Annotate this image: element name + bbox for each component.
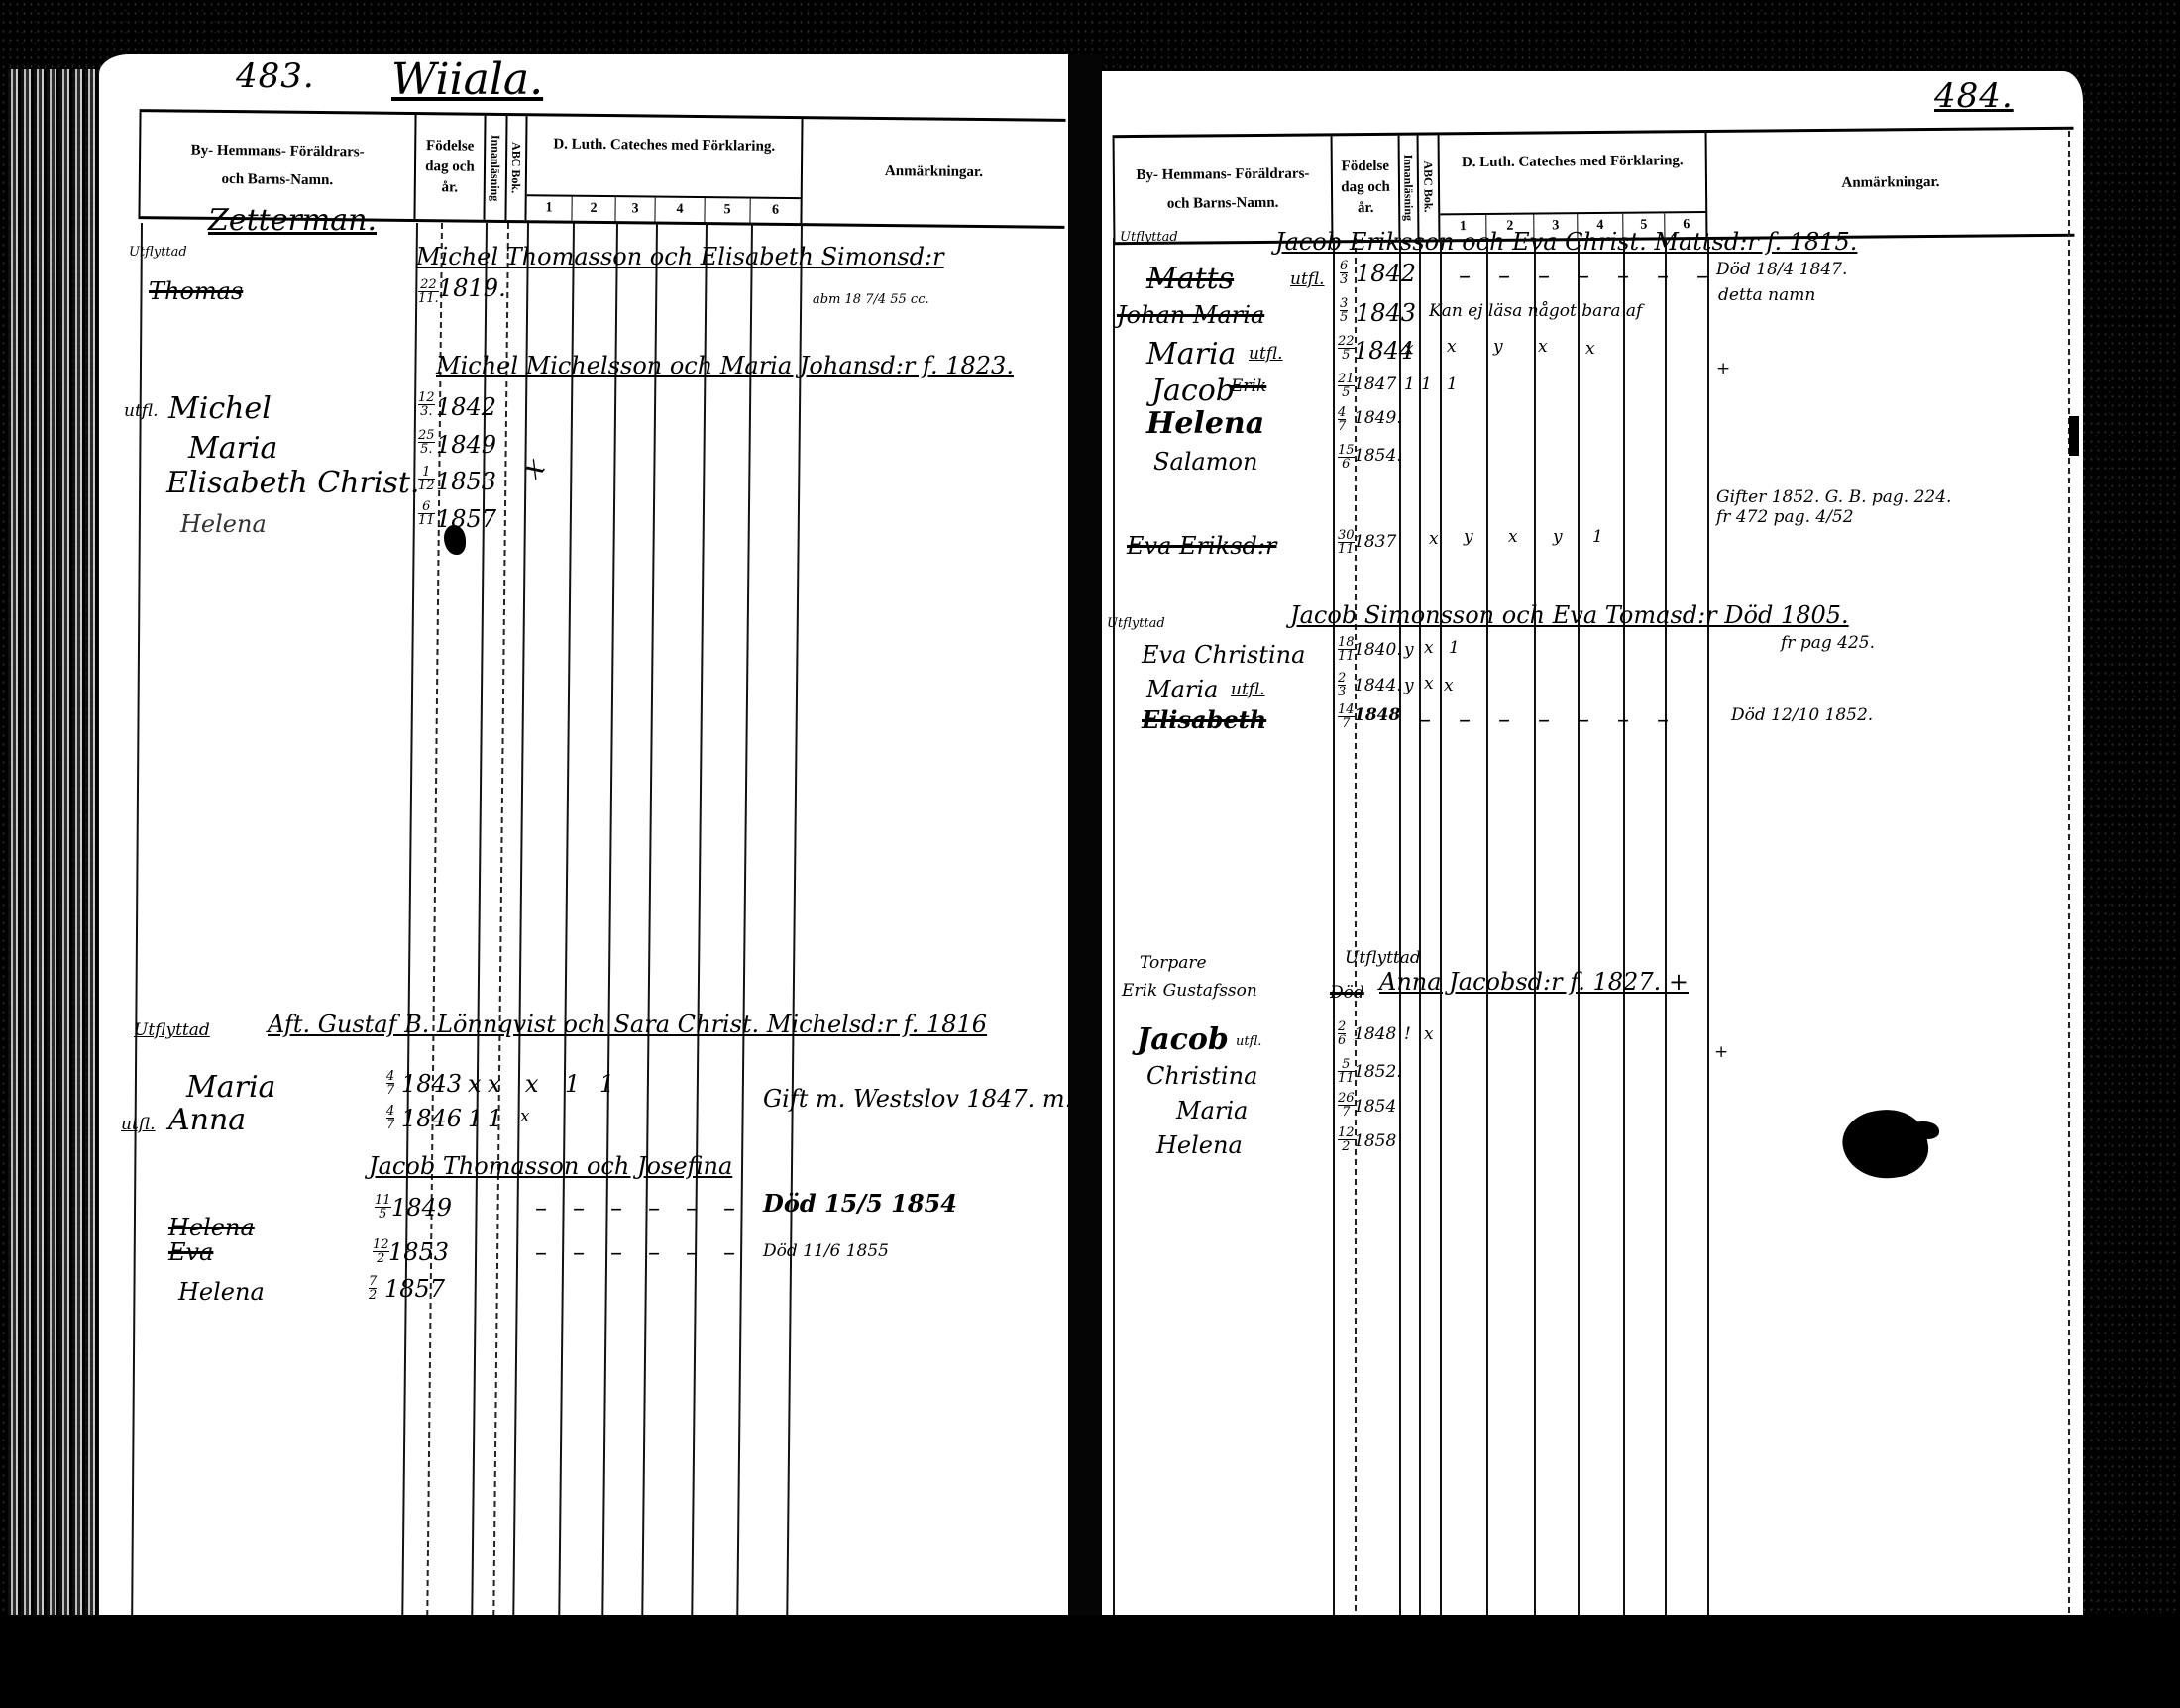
birth-date: 63 [1340, 260, 1348, 286]
page-edge-mark [2069, 416, 2079, 456]
right-page: 484. By- Hemmans- Föräldrars-och Barns-N… [1102, 71, 2083, 1622]
child-name: Helena [1156, 1131, 1243, 1159]
child-name: Michel [168, 391, 272, 426]
crossed-child-name: Eva [168, 1238, 213, 1266]
child-suffix: utfl. [1249, 344, 1283, 364]
crossed-child-name: Elisabeth [1142, 705, 1266, 734]
rule-name-end [401, 223, 418, 1620]
birth-year: 1842 [436, 393, 496, 421]
crossed-word: Död [1330, 983, 1364, 1003]
birth-year: 1849. [1354, 408, 1402, 428]
surname-zetterman: Zetterman. [208, 203, 377, 238]
cat-mark: 1 [1449, 638, 1460, 658]
child-name: Helena [178, 1278, 265, 1306]
child-name: Anna [168, 1103, 246, 1137]
rule-abc [512, 223, 529, 1620]
birth-year: 1847 [1354, 374, 1396, 394]
parents-line: Anna Jacobsd:r f. 1827. + [1379, 968, 1689, 996]
book-page-edges [8, 69, 107, 1625]
cat-mark: x [1424, 674, 1434, 694]
cat-mark: x [525, 1070, 539, 1098]
birth-year: 1852. [1354, 1062, 1402, 1082]
remark: Död 12/10 1852. [1731, 705, 1873, 725]
remark: + [1716, 359, 1730, 378]
cat-mark: 1 [488, 1105, 502, 1132]
cat-mark: 1 [565, 1070, 580, 1098]
header-remarks-col: Anmärkningar. [1707, 130, 2075, 237]
birth-date: 215 [1338, 373, 1355, 399]
rule-left-border [131, 223, 143, 1620]
rule-cat6 [1707, 238, 1709, 1620]
margin-note: Utflyttad [129, 245, 187, 260]
parents-line: Michel Thomasson och Elisabeth Simonsd:r [416, 243, 944, 270]
margin-note: Utflyttad [1345, 948, 1421, 968]
birth-year: 1849 [391, 1194, 452, 1222]
birth-year: 1837 [1354, 532, 1396, 552]
cat-mark: x [1585, 339, 1595, 359]
birth-date: 147 [1338, 703, 1355, 730]
rule-cat4 [1623, 238, 1625, 1620]
cat-mark: x [1508, 527, 1518, 547]
birth-year: 1843 [401, 1070, 462, 1098]
birth-year: 1844. [1354, 676, 1402, 695]
child-name: Jacob [1137, 1022, 1229, 1057]
rule-name-end [1333, 238, 1335, 1620]
cat-mark: 1 [599, 1070, 614, 1098]
ink-blot [1838, 1103, 1933, 1186]
parents-line: Michel Michelsson och Maria Johansd:r f.… [436, 352, 1014, 379]
cat-col-1: 1 [526, 196, 572, 220]
parents-line: Jacob Simonsson och Eva Tomasd:r Död 180… [1290, 601, 1849, 629]
birth-year: 1846 [401, 1105, 462, 1132]
rule-cat2 [601, 223, 618, 1620]
birth-year: 1849 [436, 431, 496, 459]
remark: + [1714, 1042, 1728, 1062]
remark: fr 472 pag. 4/52 [1716, 507, 1854, 527]
birth-year: 1854 [1354, 1097, 1396, 1117]
book-gutter [1068, 54, 1102, 1630]
crossed-name: Thomas [149, 277, 243, 305]
birth-date: 47 [386, 1105, 394, 1131]
margin-note: Utflyttad [1120, 230, 1178, 245]
cat-mark: 1 [1404, 374, 1415, 394]
cat-mark: 1 [1592, 527, 1603, 547]
crossed-child-name: Eva Eriksd:r [1127, 532, 1276, 560]
scan-bottom-shadow [0, 1615, 2180, 1708]
child-name: Helena [180, 510, 267, 538]
dash-marks: –––––– [535, 1238, 761, 1266]
crossed-child-name: Helena [168, 1214, 255, 1241]
village-title: Wiiala. [391, 54, 543, 105]
cat-mark: 1 [1447, 374, 1458, 394]
cat-mark: x [1424, 1024, 1434, 1044]
cat-mark: x [1447, 337, 1457, 357]
birth-date: 115 [375, 1194, 391, 1221]
rule-cat3 [641, 223, 658, 1620]
birth-year: 1840. [1354, 640, 1402, 660]
catechism-subcolumns: 1 2 3 4 5 6 [526, 194, 800, 223]
birth-date: 123. [418, 391, 435, 418]
child-name: Jacob [1151, 374, 1235, 408]
margin-note: Utflyttad [134, 1020, 210, 1040]
remark: Gift m. Westslov 1847. m. 6 [763, 1085, 1068, 1113]
header-birth-col: Födelsedag ochår. [1333, 136, 1401, 241]
birth-date: 122 [1338, 1126, 1355, 1153]
rule-cat4 [691, 223, 708, 1620]
cat-mark: x [1444, 676, 1454, 695]
dash-marks: ––––––– [1419, 705, 1696, 733]
header-abc-col: ABC Bok. [1419, 135, 1441, 239]
header-catechism-col: D. Luth. Cateches med Förklaring. 1 2 3 … [526, 116, 803, 223]
header-name-col: By- Hemmans- Föräldrars-och Barns-Namn. [1113, 136, 1334, 242]
crossed-child-name: Johan Maria [1117, 301, 1264, 329]
cat-col-3: 3 [615, 197, 655, 221]
cat-mark: y [1553, 527, 1563, 547]
child-name: Maria [1176, 1097, 1248, 1124]
dash-marks: –––––– [535, 1194, 761, 1222]
head-name: Erik Gustafsson [1122, 981, 1257, 1001]
birth-date: 35 [1340, 297, 1348, 324]
cat-mark: x [1404, 339, 1414, 359]
remark: abm 18 7/4 55 cc. [813, 292, 929, 307]
birth-date: 267 [1338, 1092, 1355, 1119]
cat-mark: x [1429, 529, 1439, 549]
birth-date: 23 [1338, 672, 1346, 698]
header-reading-col: Innanläsning [485, 116, 507, 220]
occupation: Torpare [1140, 953, 1207, 973]
left-page: 483. Wiiala. By- Hemmans- Föräldrars-och… [99, 54, 1068, 1620]
rule-reading [1419, 238, 1421, 1620]
parents-line: Jacob Eriksson och Eva Christ. Mattsd:r … [1275, 228, 1857, 256]
birth-year: 1848 [1354, 1024, 1396, 1044]
child-suffix: utfl. [1236, 1034, 1261, 1049]
rule-cat6 [786, 223, 803, 1620]
birth-date: 122 [373, 1238, 389, 1265]
child-name: Eva Christina [1142, 641, 1305, 669]
child-suffix: utfl. [1290, 269, 1325, 289]
cat-col-2: 2 [572, 197, 615, 221]
birth-year: 1853 [388, 1238, 449, 1266]
rule-cat3 [1578, 238, 1580, 1620]
child-prefix: utfl. [121, 1115, 156, 1134]
remark: Död 18/4 1847. [1716, 260, 1847, 279]
cat-mark: x [1538, 337, 1548, 357]
child-name: Helena [1146, 406, 1264, 441]
birth-date: 72 [369, 1275, 377, 1302]
child-suffix: utfl. [1231, 680, 1265, 699]
cat-mark: x [468, 1070, 482, 1098]
page-number-left: 483. [236, 56, 315, 96]
rule-right-edge [2068, 131, 2070, 1617]
cat-mark: x [488, 1070, 501, 1098]
note-line: Jacob Thomasson och Josefina [369, 1152, 732, 1180]
header-catechism-col: D. Luth. Cateches med Förklaring. 1 2 3 … [1440, 133, 1708, 239]
note: Kan ej läsa något bara af [1429, 301, 1642, 321]
birth-year: 1857 [384, 1275, 445, 1303]
birth-year: 1858 [1354, 1131, 1396, 1151]
header-abc-col: ABC Bok. [506, 116, 527, 220]
child-name: Maria [1146, 337, 1236, 372]
birth-date: 47 [1338, 406, 1346, 433]
cat-mark: y [1404, 676, 1414, 695]
rule-cat5 [736, 223, 753, 1620]
cat-mark: y [1404, 640, 1414, 660]
cat-col-6: 6 [750, 199, 800, 224]
cat-mark: x [520, 1107, 530, 1126]
child-name: Maria [1146, 676, 1218, 703]
birth-year: 1848 [1354, 705, 1400, 725]
cat-col-5: 5 [705, 198, 750, 222]
ink-blot [444, 525, 466, 555]
birth-date: 511 [1338, 1058, 1355, 1085]
child-name: Elisabeth Christ. [166, 466, 419, 500]
child-prefix: utfl. [124, 401, 159, 421]
rule-left-border [1113, 238, 1115, 1620]
birth-year: 1853 [436, 468, 496, 495]
cat-mark: 1 [1421, 374, 1432, 394]
birth-date: 3011 [1338, 529, 1355, 556]
page-number-right: 484. [1934, 76, 2014, 116]
remark: detta namn [1718, 285, 1815, 305]
parents-line: Aft. Gustaf B. Lönnqvist och Sara Christ… [268, 1011, 987, 1038]
birth-date: 156 [1338, 444, 1355, 471]
cat-mark: 1 [468, 1105, 483, 1132]
birth-date: 112 [418, 466, 435, 492]
child-name: Christina [1146, 1062, 1257, 1090]
header-reading-col: Innanläsning [1400, 136, 1420, 240]
birth-year: 1854. [1354, 446, 1402, 466]
child-name: Maria [186, 1070, 275, 1105]
birth-year: 1842 [1356, 260, 1416, 287]
remark: fr pag 425. [1781, 633, 1875, 653]
birth-date: 47 [386, 1070, 394, 1097]
birth-date: 225 [1338, 335, 1355, 362]
birth-date: 611 [418, 500, 435, 527]
birth-year: 1819. [438, 274, 506, 302]
cat-mark: x [515, 451, 553, 485]
rule-cat2 [1534, 238, 1536, 1620]
crossed-part: Erik [1231, 376, 1266, 396]
cat-mark: y [1493, 337, 1503, 357]
birth-date: 2211. [418, 278, 439, 305]
child-name: Salamon [1153, 448, 1257, 476]
birth-date: 26 [1338, 1020, 1346, 1047]
header-birth-col: Födelsedag ochår. [415, 115, 486, 220]
remark: Död 15/5 1854 [763, 1189, 957, 1218]
remark: Gifter 1852. G. B. pag. 224. [1716, 487, 1951, 507]
rule-abc [1440, 238, 1442, 1620]
rule-cat5 [1665, 238, 1667, 1620]
cat-mark: ! [1404, 1024, 1411, 1044]
birth-year: 1843 [1356, 299, 1416, 327]
cat-mark: x [1424, 638, 1434, 658]
margin-note: Utflyttad [1107, 616, 1165, 631]
rule-cat1 [1486, 238, 1488, 1620]
remark: Död 11/6 1855 [763, 1241, 889, 1261]
header-remarks-col: Anmärkningar. [802, 119, 1065, 226]
rule-cat1 [558, 223, 575, 1620]
cat-mark: y [1464, 527, 1473, 547]
cat-col-4: 4 [655, 198, 705, 223]
birth-date: 1811 [1338, 636, 1355, 663]
child-name: Maria [188, 431, 277, 466]
birth-date: 255. [418, 429, 435, 456]
dash-marks: ––––––– [1459, 262, 1736, 289]
crossed-child-name: Matts [1146, 262, 1234, 296]
